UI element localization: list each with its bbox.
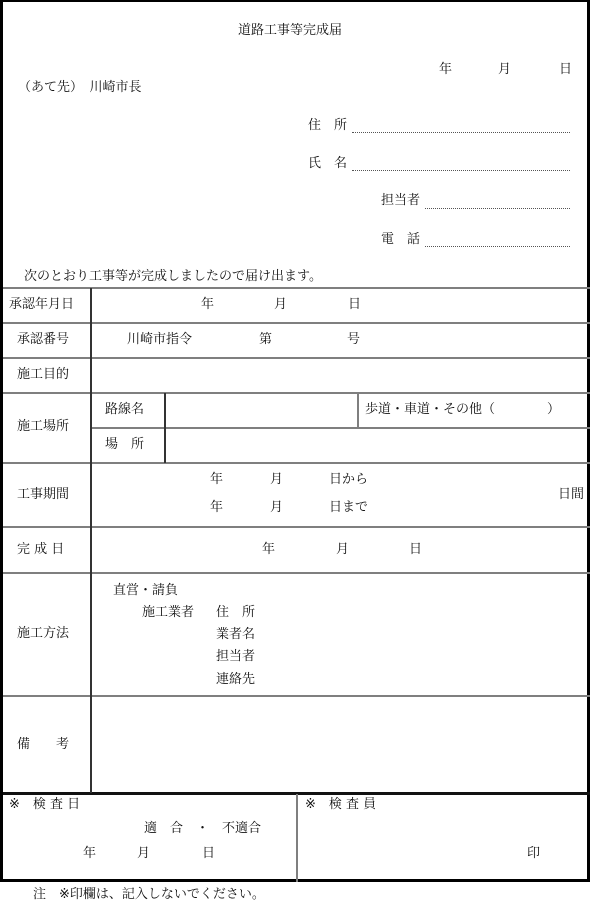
period-from-month[interactable]: 月	[270, 472, 283, 488]
contractor-label: 施工業者	[142, 605, 194, 621]
inspection-result[interactable]: 適 合 ・ 不適合	[144, 821, 261, 837]
contact-person-label: 担当者	[381, 193, 420, 209]
approval-date-day[interactable]: 日	[348, 297, 361, 313]
seal-mark: 印	[527, 846, 540, 862]
footnote: 注 ※印欄は、記入しないでください。	[33, 887, 265, 903]
period-to-month[interactable]: 月	[270, 500, 283, 516]
contact-person-field[interactable]	[425, 208, 570, 209]
approval-number-dai[interactable]: 第	[259, 332, 272, 348]
road-type-options[interactable]: 歩道・車道・その他（ ）	[365, 402, 560, 418]
inspection-divider	[296, 794, 298, 882]
inspection-month[interactable]: 月	[137, 846, 150, 862]
phone-label: 電 話	[381, 232, 420, 248]
period-from-year[interactable]: 年	[210, 472, 223, 488]
period-days[interactable]: 日間	[558, 487, 584, 503]
applicant-name-label: 氏 名	[308, 156, 347, 172]
form-title: 道路工事等完成届	[238, 23, 342, 39]
completion-date-month[interactable]: 月	[336, 542, 349, 558]
approval-number-label: 承認番号	[17, 332, 69, 348]
applicant-address-field[interactable]	[352, 132, 570, 133]
inspector-label: ※ 検 査 員	[305, 797, 376, 813]
header-year: 年	[439, 62, 452, 78]
approval-date-month[interactable]: 月	[274, 297, 287, 313]
location-label: 施工場所	[17, 419, 69, 435]
inspection-day[interactable]: 日	[202, 846, 215, 862]
inspection-date-label: ※ 検 査 日	[9, 797, 80, 813]
route-name-label: 路線名	[105, 402, 144, 418]
period-to-day[interactable]: 日まで	[329, 500, 368, 516]
phone-field[interactable]	[425, 246, 570, 247]
approval-number-go[interactable]: 号	[347, 332, 360, 348]
contractor-address-label: 住 所	[216, 605, 255, 621]
completion-date-day[interactable]: 日	[409, 542, 422, 558]
applicant-address-label: 住 所	[308, 118, 347, 134]
contractor-person-label: 担当者	[216, 649, 255, 665]
approval-number-prefix: 川崎市指令	[127, 332, 192, 348]
completion-date-label: 完 成 日	[17, 542, 64, 558]
place-label: 場 所	[105, 437, 144, 453]
contractor-company-label: 業者名	[216, 627, 255, 643]
remarks-field[interactable]	[92, 697, 589, 791]
place-field[interactable]	[166, 429, 589, 462]
header-day: 日	[559, 62, 572, 78]
method-type[interactable]: 直営・請負	[113, 583, 178, 599]
completion-date-year[interactable]: 年	[262, 542, 275, 558]
approval-date-year[interactable]: 年	[201, 297, 214, 313]
period-label: 工事期間	[17, 487, 69, 503]
applicant-name-field[interactable]	[352, 170, 570, 171]
approval-date-label: 承認年月日	[9, 297, 74, 313]
period-from-day[interactable]: 日から	[329, 472, 368, 488]
header-month: 月	[498, 62, 511, 78]
period-to-year[interactable]: 年	[210, 500, 223, 516]
intro-text: 次のとおり工事等が完成しましたので届け出ます。	[24, 269, 322, 285]
purpose-label: 施工目的	[17, 367, 69, 383]
method-label: 施工方法	[17, 626, 69, 642]
addressee: （あて先） 川崎市長	[18, 80, 142, 96]
remarks-label: 備 考	[17, 737, 69, 753]
road-type-divider	[357, 393, 359, 428]
purpose-field[interactable]	[92, 359, 589, 392]
contractor-contact-label: 連絡先	[216, 672, 255, 688]
route-name-field[interactable]	[166, 394, 356, 427]
inspection-year[interactable]: 年	[83, 846, 96, 862]
